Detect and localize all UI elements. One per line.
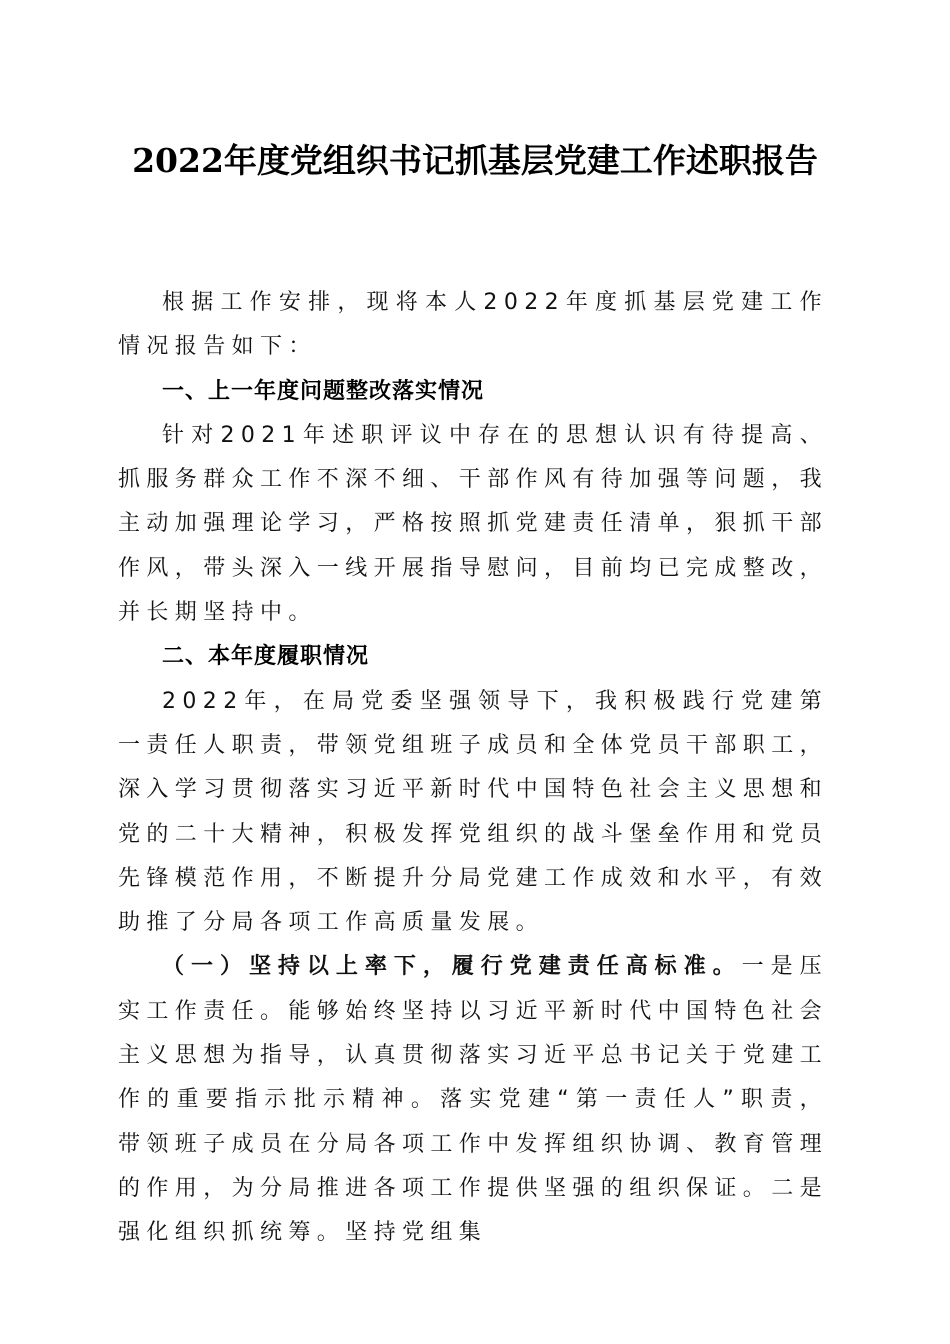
document-body: 根据工作安排，现将本人2022年度抓基层党建工作情况报告如下： 一、上一年度问题… (118, 281, 828, 1256)
section-heading-1: 一、上一年度问题整改落实情况 (118, 370, 828, 414)
intro-paragraph: 根据工作安排，现将本人2022年度抓基层党建工作情况报告如下： (118, 281, 828, 370)
subsection-1-text: 一是压实工作责任。能够始终坚持以习近平新时代中国特色社会主义思想为指导，认真贯彻… (118, 954, 828, 1245)
section-1-paragraph: 针对2021年述职评议中存在的思想认识有待提高、抓服务群众工作不深不细、干部作风… (118, 414, 828, 635)
document-title: 2022年度党组织书记抓基层党建工作述职报告 (118, 136, 832, 186)
section-2-paragraph: 2022年，在局党委坚强领导下，我积极践行党建第一责任人职责，带领党组班子成员和… (118, 680, 828, 946)
subsection-1-paragraph: （一）坚持以上率下，履行党建责任高标准。一是压实工作责任。能够始终坚持以习近平新… (118, 945, 828, 1255)
section-heading-2: 二、本年度履职情况 (118, 635, 828, 679)
document-page: 2022年度党组织书记抓基层党建工作述职报告 根据工作安排，现将本人2022年度… (0, 0, 950, 1344)
subsection-1-heading: （一）坚持以上率下，履行党建责任高标准。 (162, 954, 742, 979)
